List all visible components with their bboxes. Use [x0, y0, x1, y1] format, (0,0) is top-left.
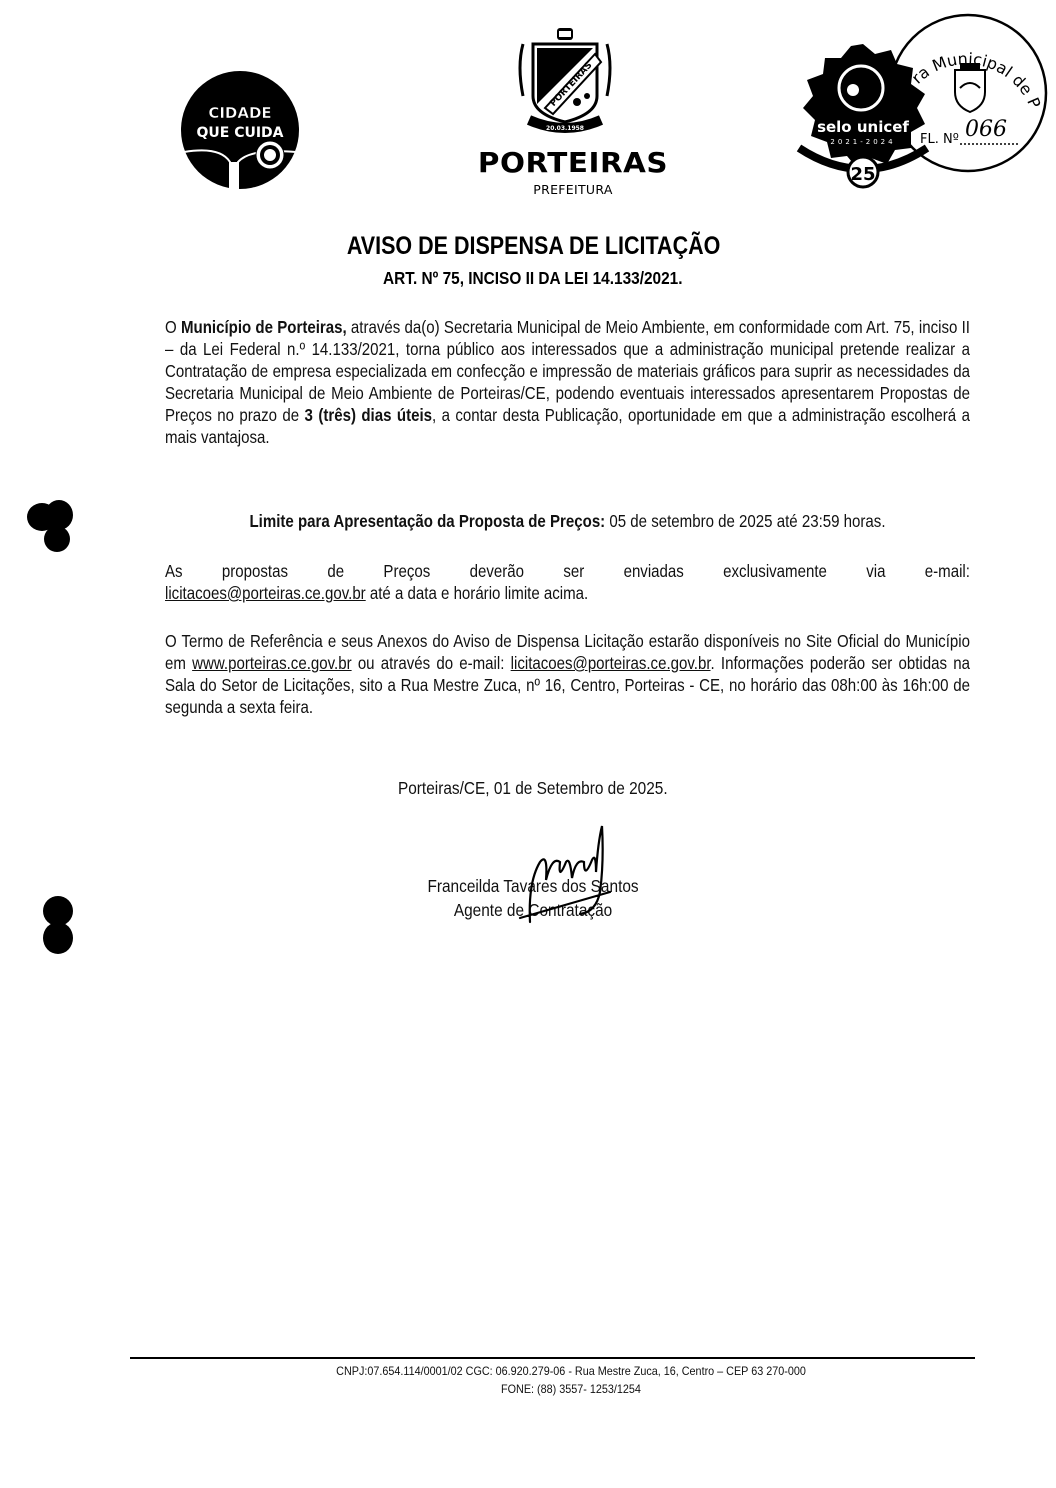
deadline-label: Limite para Apresentação da Proposta de …: [249, 511, 605, 531]
cidade-que-cuida-logo: CIDADE QUE CUIDA: [180, 70, 300, 190]
text: ou através do e-mail:: [352, 653, 511, 673]
paragraph-intro: O Município de Porteiras, através da(o) …: [165, 316, 970, 448]
text: O: [165, 317, 181, 337]
handwritten-signature: [500, 822, 630, 932]
svg-text:20.03.1958: 20.03.1958: [546, 125, 584, 132]
footer-phone: FONE: (88) 3557- 1253/1254: [57, 1382, 1056, 1396]
svg-text:selo unicef: selo unicef: [817, 118, 909, 136]
footer-address: CNPJ:07.654.114/0001/02 CGC: 06.920.279-…: [57, 1364, 1056, 1378]
svg-text:QUE CUIDA: QUE CUIDA: [196, 125, 283, 141]
brand-name: PORTEIRAS: [465, 146, 681, 179]
email-link[interactable]: licitacoes@porteiras.ce.gov.br: [165, 583, 366, 603]
svg-text:066: 066: [965, 117, 1007, 142]
footer-divider: [130, 1357, 975, 1359]
deadline-value: 05 de setembro de 2025 até 23:59 horas.: [605, 511, 885, 531]
place-date: Porteiras/CE, 01 de Setembro de 2025.: [68, 778, 997, 799]
website-link[interactable]: www.porteiras.ce.gov.br: [192, 653, 351, 673]
deadline-line: Limite para Apresentação da Proposta de …: [165, 510, 970, 532]
bold-text: 3 (três) dias úteis: [305, 405, 432, 425]
text: até a data e horário limite acima.: [366, 583, 589, 603]
document-title: AVISO DE DISPENSA DE LICITAÇÃO: [80, 232, 988, 261]
punch-hole: [43, 922, 73, 954]
selo-unicef-seal: selo unicef 2021-2024 25: [793, 40, 933, 190]
email-link[interactable]: licitacoes@porteiras.ce.gov.br: [511, 653, 711, 673]
paragraph-email: As propostas de Preços deverão ser envia…: [165, 560, 970, 604]
svg-text:25: 25: [850, 164, 875, 185]
brand-subtitle: PREFEITURA: [470, 182, 676, 197]
svg-text:2021-2024: 2021-2024: [830, 138, 895, 146]
document-subtitle: ART. Nº 75, INCISO II DA LEI 14.133/2021…: [68, 268, 997, 289]
porteiras-crest: PORTEIRAS 20.03.1958: [515, 26, 615, 138]
bold-text: Município de Porteiras,: [181, 317, 347, 337]
paragraph-info: O Termo de Referência e seus Anexos do A…: [165, 630, 970, 718]
svg-text:CIDADE: CIDADE: [208, 104, 271, 122]
text: As propostas de Preços deverão ser envia…: [165, 560, 970, 582]
punch-hole: [44, 526, 70, 552]
